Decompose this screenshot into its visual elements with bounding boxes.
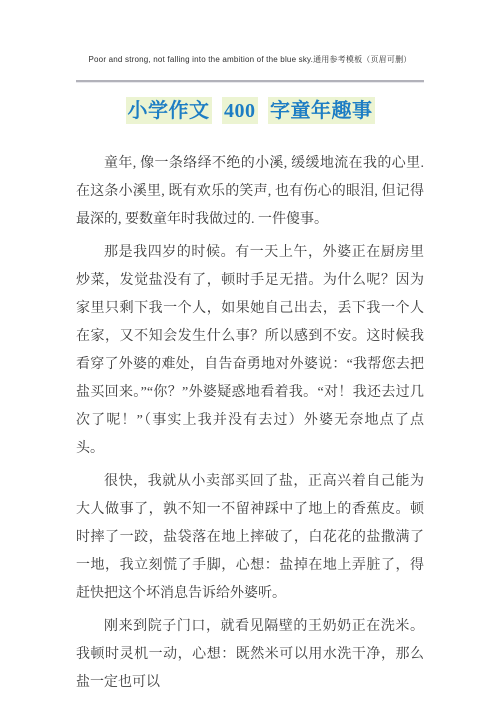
page-title: 小学作文 400 字童年趣事 [76, 96, 424, 126]
header-text: Poor and strong, not falling into the am… [76, 55, 424, 65]
paragraph-1: 童年, 像一条络绎不绝的小溪, 缓缓地流在我的心里. 在这条小溪里, 既有欢乐的… [76, 150, 424, 234]
paragraph-4: 刚来到院子门口，就看见隔壁的王奶奶正在洗米。我顿时灵机一动，心想：既然米可以用水… [76, 613, 424, 697]
title-segment-3: 字童年趣事 [268, 97, 375, 124]
page-header: Poor and strong, not falling into the am… [76, 55, 424, 83]
header-divider [76, 80, 424, 83]
essay-body: 童年, 像一条络绎不绝的小溪, 缓缓地流在我的心里. 在这条小溪里, 既有欢乐的… [76, 150, 424, 697]
paragraph-2: 那是我四岁的时候。有一天上午，外婆正在厨房里炒菜，发觉盐没有了，顿时手足无措。为… [76, 239, 424, 463]
title-segment-1: 小学作文 [126, 97, 212, 124]
document-page: Poor and strong, not falling into the am… [0, 0, 500, 708]
title-segment-2: 400 [222, 97, 258, 124]
paragraph-3: 很快，我就从小卖部买回了盐，正高兴着自己能为大人做事了，孰不知一不留神踩中了地上… [76, 468, 424, 608]
